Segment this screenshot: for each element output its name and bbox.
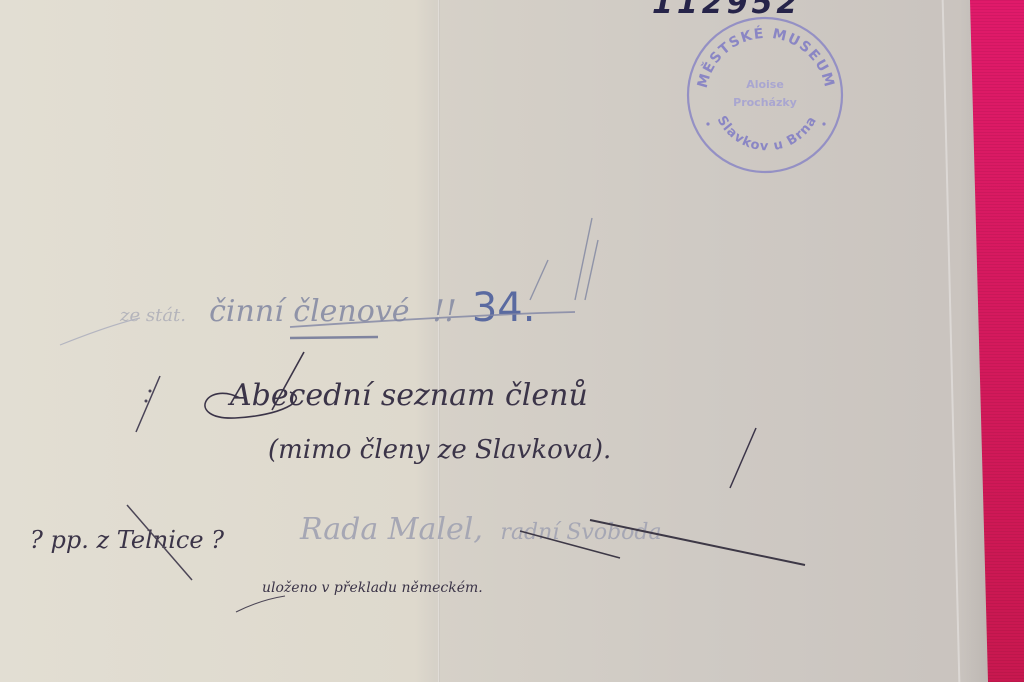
names-text-2: radní Svoboda	[500, 520, 661, 545]
heading-prefix: ze stát.	[120, 305, 186, 326]
german-note: uloženo v překladu německém.	[262, 580, 483, 596]
heading-number: 34.	[472, 285, 536, 331]
margin-note: ? pp. z Telnice ?	[30, 526, 224, 554]
names-line: Rada Malel, radní Svoboda	[300, 512, 662, 547]
stamp-ring-bottom: Slavkov u Brna	[714, 113, 821, 154]
stamp-center-line-2: Procházky	[733, 96, 797, 109]
names-text-1: Rada Malel,	[300, 512, 483, 547]
document-subtitle: (mimo členy ze Slavkova).	[268, 435, 611, 465]
museum-stamp: MĚSTSKÉ MUSEUM Slavkov u Brna Aloise Pro…	[684, 14, 846, 176]
stamp-center-line-1: Aloise	[746, 78, 784, 91]
heading-marks: !!	[433, 294, 457, 329]
heading-main: činní členové	[209, 294, 409, 329]
document-title: Abecední seznam členů	[230, 378, 588, 413]
heading-line: ze stát. činní členové !! 34.	[120, 285, 535, 331]
